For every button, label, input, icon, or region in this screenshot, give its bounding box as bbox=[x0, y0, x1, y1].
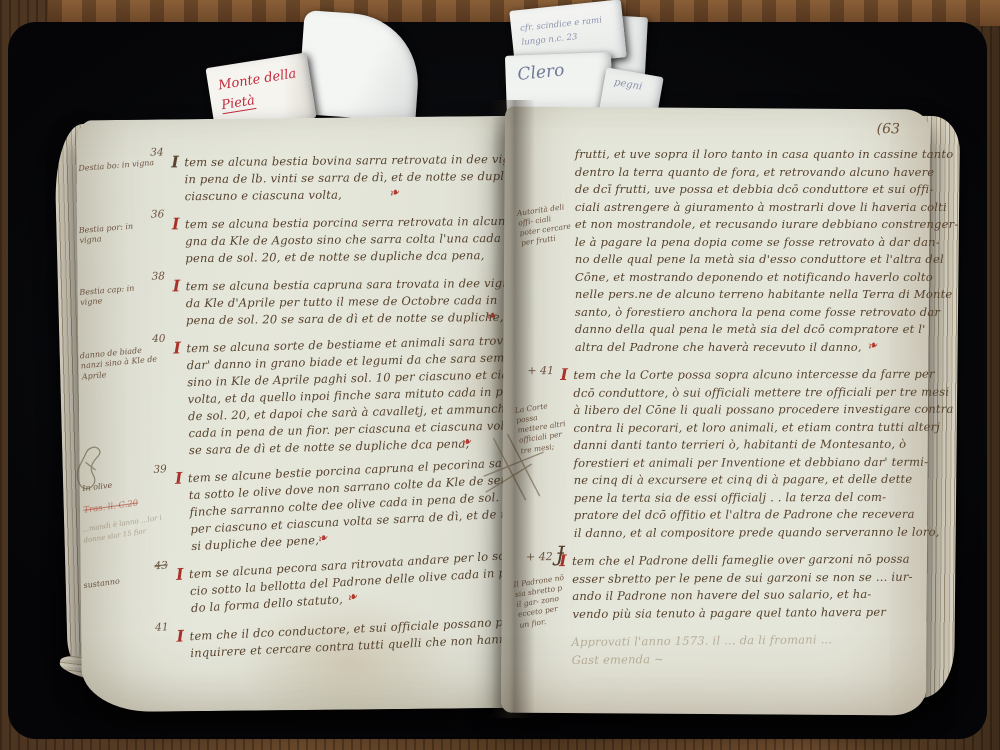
manuscript-line: il danno, et al compositore prede quando… bbox=[574, 524, 918, 543]
tab-pegni-label: pegni bbox=[613, 77, 643, 93]
manuscript-line: ciascuno e ciascuna volta, bbox=[185, 186, 519, 206]
statute-continuation: Autorità deli offi- ciali poter cercare … bbox=[575, 147, 919, 357]
item-lines: tem se alcuna sorte de bestiame et anima… bbox=[186, 333, 523, 460]
item-lines: tem che il dco conductore, et sui offici… bbox=[189, 614, 524, 663]
item-lines: tem se alcuna bestia porcina serra retro… bbox=[185, 214, 520, 268]
item-number: 39 bbox=[153, 463, 167, 476]
margin-rubric: danno de biade nanzi sino à Kle de April… bbox=[79, 344, 160, 382]
manuscript-line: dentro la terra quanto de fora, et retro… bbox=[575, 165, 919, 183]
left-text-column: 34 Destia bo: in vigna I tem se alcuna b… bbox=[184, 152, 523, 674]
manuscript-line: danno della qual pena le metà sia del dc… bbox=[575, 322, 919, 340]
manuscript-line: vendo più sia tenuto à pagare quel tanto… bbox=[572, 604, 916, 624]
manuscript-line: contra li pecorari, et loro animali, et … bbox=[573, 419, 917, 438]
block-lines: frutti, et uve sopra il loro tanto in ca… bbox=[575, 147, 919, 357]
item-number: 36 bbox=[151, 208, 164, 220]
manuscript-line: pene la terta sia de essi officialj . . … bbox=[574, 489, 918, 508]
statute-item: 40 danno de biade nanzi sino à Kle de Ap… bbox=[186, 333, 523, 460]
manuscript-line: Cōne, et mostrando deponendo et notifica… bbox=[575, 270, 919, 288]
item-initial: I bbox=[559, 551, 567, 570]
manuscript-line: pena de sol. 20, et de notte se dupliche… bbox=[185, 248, 519, 268]
item-lines: tem se alcuna pecora sara ritrovata anda… bbox=[189, 547, 525, 618]
statute-item: 38 Bestia cap: in vigne I tem se alcuna … bbox=[186, 276, 521, 330]
item-initial: I bbox=[174, 468, 182, 487]
item-lines: tem se alcune bestie porcina capruna el … bbox=[188, 455, 526, 556]
item-initial: I bbox=[172, 214, 180, 233]
book-gutter-shadow bbox=[491, 100, 535, 718]
left-page: 8 34 Destia bo: in vigna I tem se alcuna… bbox=[76, 116, 530, 713]
item-lines: tem se alcuna bestia bovina sarra retrov… bbox=[184, 152, 519, 206]
margin-rubric: Bestia cap: in vigne bbox=[79, 282, 158, 309]
item-initial: I bbox=[173, 338, 181, 357]
item-initial: I bbox=[175, 565, 184, 584]
margin-rubric: Bestia por: in vigna bbox=[78, 220, 157, 247]
manuscript-line: nelle pers.ne de alcuno terreno habitant… bbox=[575, 287, 919, 305]
item-number: 34 bbox=[150, 146, 163, 158]
margin-crossed-red-note: Tras. ll. C.20 bbox=[83, 495, 164, 516]
item-number: 41 bbox=[155, 621, 169, 634]
statute-item: 43 sustanno I tem se alcuna pecora sara … bbox=[189, 547, 525, 618]
statute-item: 34 Destia bo: in vigna I tem se alcuna b… bbox=[184, 152, 519, 206]
manuscript-line: no delle qual pene la metà sia d'esso co… bbox=[575, 252, 919, 270]
item-initial: I bbox=[173, 276, 181, 295]
statute-item: + 42 Ɉ Il Padrone nō sia sbretto p il ga… bbox=[572, 552, 916, 624]
item-lines: tem se alcuna bestia capruna sara trovat… bbox=[186, 276, 521, 330]
manuscript-line: danni danti tanto terrieri ò, habitanti … bbox=[574, 437, 918, 456]
item-initial: I bbox=[176, 626, 184, 645]
item-initial: I bbox=[171, 152, 179, 171]
block-lines: tem che el Padrone delli fameglie over g… bbox=[572, 552, 916, 624]
folio-number: (63 bbox=[877, 121, 900, 137]
tab-clero-label: Clero bbox=[517, 60, 566, 85]
block-lines: tem che la Corte possa sopra alcuno inte… bbox=[573, 367, 918, 543]
open-manuscript-book: 8 34 Destia bo: in vigna I tem se alcuna… bbox=[55, 92, 960, 732]
manuscript-line: et non mostrandole, et recusando iurare … bbox=[575, 217, 919, 235]
manuscript-line: santo, ò forestiero anchora la pena come… bbox=[575, 305, 919, 323]
manuscript-line: tem che la Corte possa sopra alcuno inte… bbox=[573, 367, 917, 386]
statute-item: + 41 La Corte possa mettere altri offici… bbox=[573, 367, 918, 543]
margin-rubric: Destia bo: in vigna bbox=[78, 158, 157, 175]
manuscript-line: forestieri et animali per Inventione et … bbox=[574, 454, 918, 473]
manuscript-line: pratore del dcō offitio et l'altra de Pa… bbox=[574, 507, 918, 526]
statute-item: 36 Bestia por: in vigna I tem se alcuna … bbox=[185, 214, 520, 268]
item-number-struck: 43 bbox=[154, 559, 168, 572]
manuscript-line: pena de sol. 20 se sara de dì et de nott… bbox=[186, 310, 520, 330]
manuscript-line: frutti, et uve sopra il loro tanto in ca… bbox=[575, 147, 919, 165]
manuscript-line: dcō conduttore, ò sui officiali mettere … bbox=[573, 384, 917, 403]
margin-faint-scribbles: …mandi è lanno …lor i donne slar 15 fior bbox=[81, 512, 167, 546]
manuscript-line: à libero del Cōne li quali possano proce… bbox=[573, 402, 917, 421]
item-initial: I bbox=[560, 365, 568, 384]
manuscript-line: ciali astrengere à giuramento à mostrarl… bbox=[575, 200, 919, 218]
tab-note-label: cfr. scindice e ramilungo n.c. 23 bbox=[519, 13, 604, 50]
faded-approval-note: Approvati l'anno 1573. il … da li froman… bbox=[571, 631, 915, 670]
right-text-column: Autorità deli offi- ciali poter cercare … bbox=[571, 147, 919, 683]
item-number: 40 bbox=[152, 333, 166, 345]
faded-lines: Approvati l'anno 1573. il … da li froman… bbox=[571, 631, 915, 670]
statute-item: 41 I tem che il dco conductore, et sui o… bbox=[189, 614, 524, 663]
item-number: 38 bbox=[151, 270, 164, 282]
manuscript-line: Gast emenda ~ bbox=[572, 649, 916, 670]
manuscript-line: le à pagare la pena dopia come se fosse … bbox=[575, 235, 919, 253]
right-page: (63 Autorità deli offi- ciali poter cerc… bbox=[501, 107, 930, 716]
statute-item: 39 In olive Tras. ll. C.20 …mandi è lann… bbox=[188, 455, 526, 556]
manuscript-line: ne cinq di à excursere et cinq di à paga… bbox=[574, 472, 918, 491]
manuscript-line: de dcī frutti, uve possa et debbia dcō c… bbox=[575, 182, 919, 200]
margin-rubric: sustanno bbox=[83, 571, 162, 591]
